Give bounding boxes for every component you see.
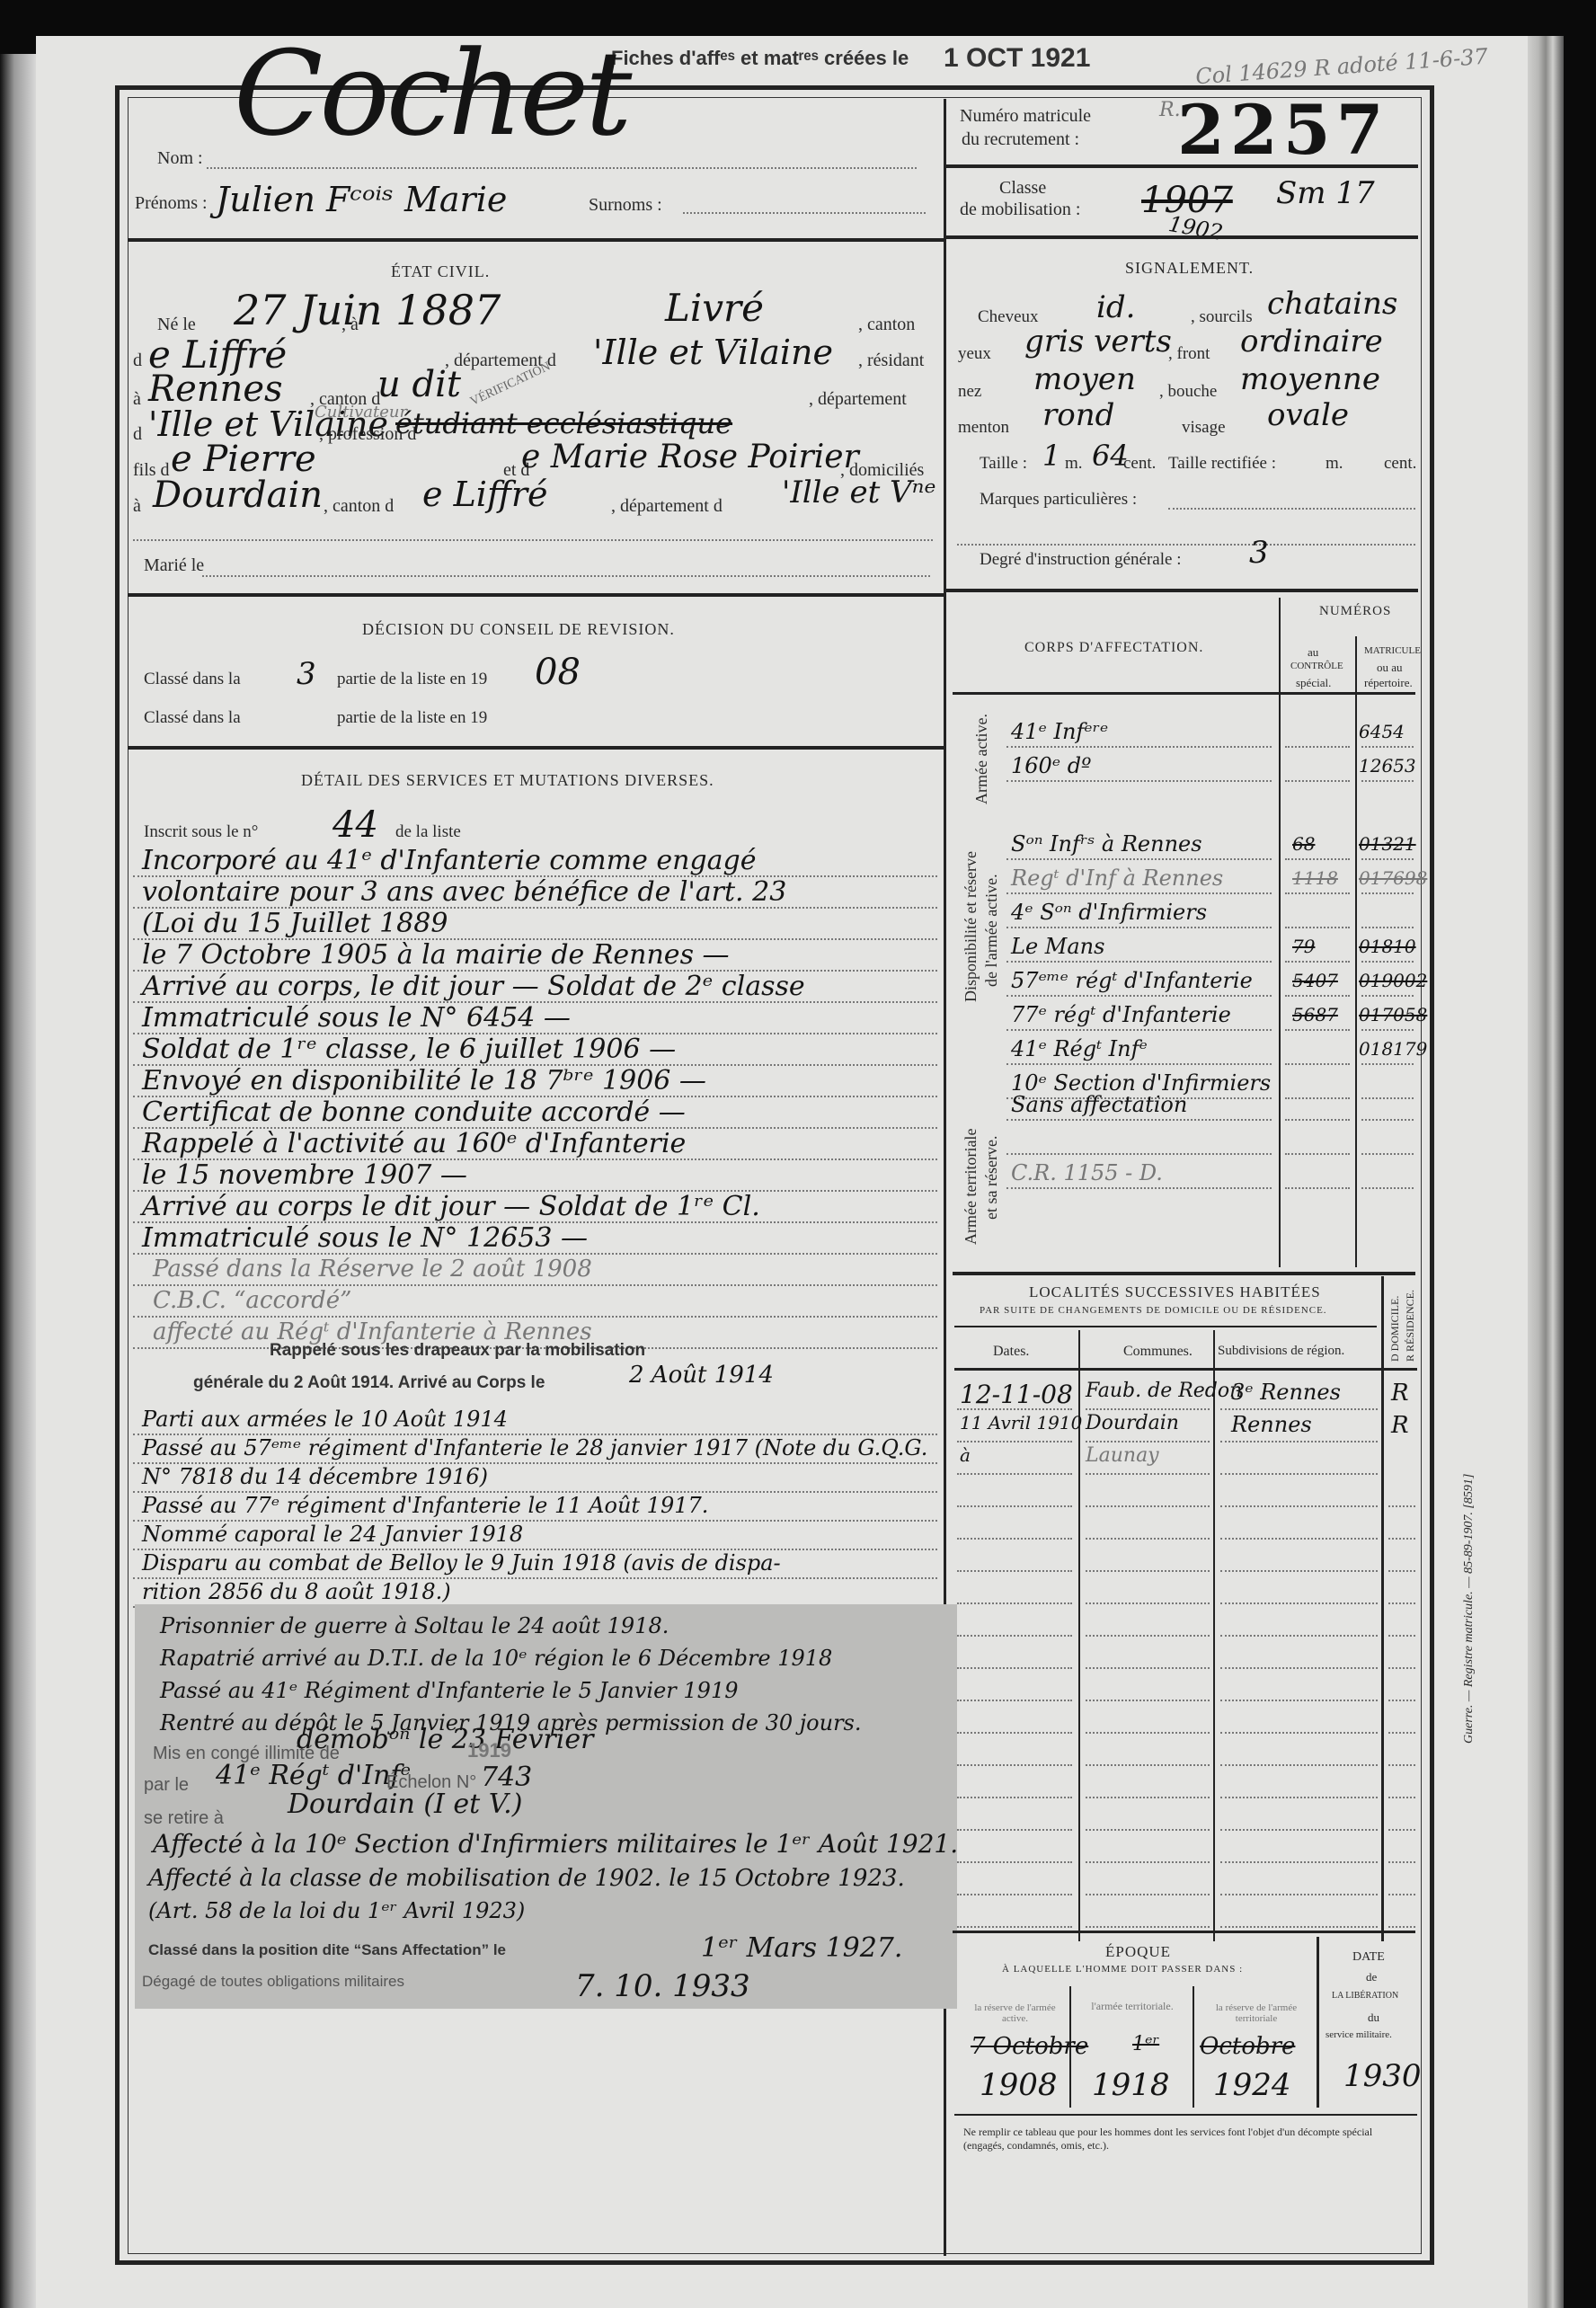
matricule-entry: 019002 [1359,970,1427,991]
matricule-line [1361,858,1414,860]
localite-date: 12-11-08 [960,1380,1073,1409]
canton-label: , canton [858,315,915,335]
communes-divider [1213,1330,1215,1941]
localite-line [1086,1894,1210,1895]
nez-label: nez [958,382,981,402]
localite-line [1220,1538,1378,1540]
stamp-date: 1 OCT 1921 [944,43,1090,74]
mobilisation-stamp-2: générale du 2 Août 1914. Arrivé au Corps… [193,1373,545,1393]
localite-line [1220,1473,1378,1475]
corps-row-line [1006,1119,1272,1121]
matricule-line [1361,961,1414,963]
war-line: Nommé caporal le 24 Janvier 1918 [142,1522,523,1547]
retire-label: se retire à [144,1808,224,1829]
col-subdiv: Subdivisions de région. [1218,1344,1344,1359]
localite-line [1086,1441,1210,1442]
corps-row-line [1006,1063,1272,1065]
parents-domicile: Dourdain [153,475,323,516]
localite-line [1086,1505,1210,1507]
matricule-entry: 017698 [1359,867,1427,889]
localites-subtitle: PAR SUITE DE CHANGEMENTS DE DOMICILE OU … [980,1305,1327,1316]
date-title-4: du [1368,2011,1379,2025]
section-dispo-label-1: Disponibilité et réserve [962,851,980,1002]
date-title-2: de [1366,1970,1377,1984]
taille-m: 1 [1042,439,1060,473]
localite-line [1388,1797,1415,1798]
localite-line [1220,1829,1378,1831]
corps-row-line [1006,927,1272,928]
rule [953,1931,1415,1933]
marques-line-2 [957,544,1415,546]
corps-row-line [1006,961,1272,963]
degre-value: 3 [1249,535,1269,571]
epoque-struck-2: 1ᵉʳ [1132,2033,1159,2055]
localite-line [1220,1667,1378,1669]
service-line-rule [133,1284,937,1286]
controle-line [1285,1063,1350,1065]
corps-entry: C.R. 1155 - D. [1011,1160,1163,1185]
classe-row2-mid: partie de la liste en 19 [337,708,487,728]
service-line: (Loi du 15 Juillet 1889 [142,908,448,939]
localite-line [1388,1667,1415,1669]
service-line: Arrivé au corps, le dit jour — Soldat de… [142,971,805,1002]
localite-line [957,1473,1072,1475]
col-controle-3: spécial. [1296,676,1331,690]
col-domicile: D DOMICILE. [1388,1296,1402,1362]
corps-row-line [1006,780,1272,782]
classe-label-2: de mobilisation : [960,200,1080,220]
a-label: , à [341,315,359,335]
marques-line [1168,508,1415,510]
prenoms-label: Prénoms : [135,193,208,214]
col-controle-2: CONTRÔLE [1290,661,1343,671]
mobilisation-date: 2 Août 1914 [629,1362,774,1389]
classe-row1-mid: partie de la liste en 19 [337,670,487,689]
service-line: Soldat de 1ʳᵉ classe, le 6 juillet 1906 … [142,1034,676,1065]
affecte-line: Affecté à la 10ᵉ Section d'Infirmiers mi… [153,1829,958,1859]
localite-line [957,1700,1072,1701]
classe-row1-year: 08 [535,652,581,693]
corps-entry: Sans affectation [1011,1092,1187,1117]
col-controle-1: au [1308,645,1318,660]
controle-entry: 5687 [1292,1004,1338,1025]
epoque-title: ÉPOQUE [1105,1943,1171,1961]
yeux-label: yeux [958,344,991,364]
rule [946,235,1418,239]
col-matricule-2: ou au [1377,661,1403,675]
numeros-subdivider [1355,636,1357,1267]
service-line-rule [133,1316,937,1318]
localite-line [957,1602,1072,1604]
localite-line [957,1764,1072,1766]
date-title-1: DATE [1352,1950,1385,1965]
matricule-line [1361,1097,1414,1099]
localite-line [1388,1861,1415,1863]
departement2-label: , département [809,389,907,410]
slip-line: Passé au 41ᵉ Régiment d'Infanterie le 5 … [160,1678,739,1703]
profession-struck: étudiant ecclésiastique [395,406,732,440]
localite-line [957,1829,1072,1831]
localite-subdiv: Rennes [1231,1412,1312,1437]
date-title-3: LA LIBÉRATION [1332,1991,1398,2001]
service-pencil-line: C.B.C. “accordé” [153,1287,351,1314]
dr-divider [1381,1276,1384,1941]
birth-departement: 'Ille et Vilaine [593,333,833,372]
controle-line [1285,1119,1350,1121]
matricule-entry: 01321 [1359,833,1416,855]
war-line: Passé au 77ᵉ régiment d'Infanterie le 11… [142,1493,708,1518]
localite-line [1220,1602,1378,1604]
service-pencil-line: Passé dans la Réserve le 2 août 1908 [153,1256,592,1283]
taille-rect-label: Taille rectifiée : [1168,454,1276,474]
epoque-struck-1: 7 Octobre [971,2033,1088,2060]
col-communes: Communes. [1123,1344,1193,1360]
corps-row-line [1006,746,1272,748]
matricule-entry: 12653 [1359,755,1416,777]
service-line: Certificat de bonne conduite accordé — [142,1096,686,1128]
localite-line [1086,1473,1210,1475]
corps-entry: 41ᵉ Infᵉʳᵉ [1011,719,1108,744]
localite-line [1388,1894,1415,1895]
corps-entry: Regᵗ d'Inf à Rennes [1011,865,1223,891]
localite-subdiv: 3ᵉ Rennes [1231,1380,1341,1405]
localite-line [957,1635,1072,1637]
service-line: Arrivé au corps le dit jour — Soldat de … [142,1191,760,1222]
departement3-label: , département d [611,496,723,517]
col-dates: Dates. [993,1344,1029,1360]
matricule-line [1361,1063,1414,1065]
domicile-prefix: à [133,496,141,517]
slip-line: Rapatrié arrivé au D.T.I. de la 10ᵉ régi… [160,1646,832,1671]
localite-line [957,1570,1072,1572]
epoque-value-3: 1924 [1213,2067,1291,2103]
localite-line [957,1441,1072,1442]
etat-civil-extra-line [133,539,933,541]
localite-line [1220,1861,1378,1863]
section-active-label: Armée active. [972,714,991,804]
localite-line [957,1861,1072,1863]
localite-line [1086,1732,1210,1734]
matricule-entry: 01810 [1359,936,1416,957]
sans-affectation-date: 1ᵉʳ Mars 1927. [701,1932,902,1964]
parents-canton: e Liffré [422,475,548,514]
degre-label: Degré d'instruction générale : [980,550,1181,570]
bouche-label: , bouche [1159,382,1217,402]
localite-line [1388,1570,1415,1572]
corps-row-line [1006,858,1272,860]
service-line: Incorporé au 41ᵉ d'Infanterie comme enga… [142,845,756,876]
localite-line [1388,1505,1415,1507]
localite-line [1388,1829,1415,1831]
localite-line [1086,1861,1210,1863]
localite-line [1086,1764,1210,1766]
sourcils-value: chatains [1267,286,1397,322]
art-line: (Art. 58 de la loi du 1ᵉʳ Avril 1923) [148,1898,525,1923]
epoque-footnote: Ne remplir ce tableau que pour les homme… [963,2126,1413,2153]
residant-prefix: à [133,389,141,410]
conge-hand: démobᵒⁿ le 23 Février [297,1724,593,1755]
localite-dr: R [1391,1380,1409,1407]
controle-entry: 1118 [1292,867,1338,889]
matricule-line [1361,1029,1414,1031]
conge-year: 1919 [467,1739,511,1762]
matricule-label-1: Numéro matricule [960,106,1091,127]
controle-entry: 5407 [1292,970,1338,991]
nez-value: moyen [1033,361,1136,397]
corps-entry: 57ᵉᵐᵉ régᵗ d'Infanterie [1011,968,1253,993]
corps-entry: 41ᵉ Régᵗ Infᵉ [1011,1036,1148,1061]
matricule-entry: 018179 [1359,1038,1427,1060]
rule [953,692,1415,695]
inscrit-suffix: de la liste [395,822,461,842]
localite-line [1086,1635,1210,1637]
localite-line [1388,1635,1415,1637]
taille-rect-m-label: m. [1326,454,1343,474]
corps-entry: 160ᵉ dº [1011,753,1091,778]
corps-entry: Sᵒⁿ Infʳˢ à Rennes [1011,831,1202,857]
controle-entry: 68 [1292,833,1315,855]
matricule-entry: 017058 [1359,1004,1427,1025]
taille-label: Taille : [980,454,1027,474]
rule [954,1368,1417,1371]
localite-line [1220,1797,1378,1798]
corps-row-line [1006,892,1272,894]
corps-row-line [1006,1153,1272,1155]
localite-line [1220,1732,1378,1734]
controle-line [1285,961,1350,963]
col-matricule-3: répertoire. [1364,676,1413,690]
epoque-subtitle: À LAQUELLE L'HOMME DOIT PASSER DANS : [1002,1964,1243,1975]
rule [946,589,1418,592]
service-line: le 15 novembre 1907 — [142,1159,467,1191]
inscrit-label: Inscrit sous le n° [144,822,258,842]
register-imprint: Guerre. — Registre matricule. — 85-89-19… [1462,1474,1476,1744]
col-matricule-1: MATRICULE [1364,645,1421,656]
parents-departement: 'Ille et Vⁿᵉ [782,475,936,510]
corps-row-line [1006,995,1272,997]
war-line: N° 7818 du 14 décembre 1916) [142,1464,488,1489]
classe-note: Sm 17 [1276,175,1375,211]
bouche-value: moyenne [1240,361,1380,397]
mother: e Marie Rose Poirier [521,439,859,475]
localite-line [1388,1732,1415,1734]
localite-line [1220,1700,1378,1701]
matricule-value: 2257 [1177,90,1389,170]
matricule-line [1361,892,1414,894]
rule [946,164,1418,168]
adjacent-page-edge [0,54,36,2308]
matricule-entry: 6454 [1359,721,1405,742]
corps-title: CORPS D'AFFECTATION. [1024,640,1203,656]
localite-line [957,1894,1072,1895]
epoque-value-1: 1908 [980,2067,1058,2103]
mobilisation-stamp-1: Rappelé sous les drapeaux par la mobilis… [270,1341,645,1361]
localite-line [1220,1926,1378,1928]
etat-civil-title: ÉTAT CIVIL. [391,262,490,281]
localite-line [957,1538,1072,1540]
localite-line [1220,1570,1378,1572]
war-line: rition 2856 du 8 août 1918.) [142,1579,451,1604]
corps-entry: 4ᵉ Sᵒⁿ d'Infirmiers [1011,900,1207,925]
par-le-label: par le [144,1775,189,1796]
localite-line [1220,1441,1378,1442]
front-label: , front [1168,344,1210,364]
rule [128,238,944,242]
controle-line [1285,1029,1350,1031]
menton-value: rond [1042,397,1114,433]
controle-line [1285,858,1350,860]
localite-line [957,1667,1072,1669]
signalement-title: SIGNALEMENT. [1125,259,1254,278]
matricule-label-2: du recrutement : [962,129,1079,150]
epoque-value-2: 1918 [1092,2067,1170,2103]
controle-line [1285,892,1350,894]
epoque-col1: la réserve de l'armée active. [963,2002,1067,2024]
service-line: Envoyé en disponibilité le 18 7ᵇʳᵉ 1906 … [142,1065,706,1096]
localite-line [1086,1926,1210,1928]
war-line: Disparu au combat de Belloy le 9 Juin 19… [142,1550,781,1576]
page-stack-edge [1528,36,1564,2308]
localite-line [1220,1505,1378,1507]
localite-line [1220,1764,1378,1766]
controle-line [1285,780,1350,782]
localite-line [1388,1926,1415,1928]
services-title: DÉTAIL DES SERVICES ET MUTATIONS DIVERSE… [301,771,714,790]
classe-label-1: Classe [999,178,1046,199]
departement2-prefix: d [133,424,142,445]
m-label: m. [1065,454,1083,474]
residence-canton: u dit [377,364,461,405]
classe-row1-label: Classé dans la [144,670,241,689]
localite-date: 11 Avril 1910 [960,1412,1082,1434]
localite-line [1388,1700,1415,1701]
nom-label: Nom : [157,148,203,169]
service-line: Rappelé à l'activité au 160ᵉ d'Infanteri… [142,1128,686,1159]
fiches-stamp: Fiches d'affᵉˢ et matʳᵉˢ créées le [611,47,909,70]
profession-pencil: Cultivateur [315,403,407,422]
matricule-line [1361,1187,1414,1189]
inscrit-num: 44 [332,804,378,846]
rule [953,1272,1415,1275]
front-value: ordinaire [1240,324,1383,360]
localite-commune: Faub. de Redon [1086,1380,1242,1402]
surname: Cochet [234,25,628,162]
marie-label: Marié le [144,555,204,576]
war-line: Passé au 57ᵉᵐᵉ régiment d'Infanterie le … [142,1435,927,1460]
cheveux-value: id. [1096,289,1135,325]
localite-line [1220,1635,1378,1637]
date-title-5: service militaire. [1326,2029,1392,2040]
rule [128,746,944,750]
rule [954,2114,1417,2116]
localite-line [1220,1894,1378,1895]
corps-entry: Le Mans [1011,934,1104,959]
rule [954,1326,1377,1327]
marques-label: Marques particulières : [980,490,1137,510]
section-dispo-label-2: de l'armée active. [982,874,1001,987]
localite-commune: Dourdain [1086,1412,1179,1434]
classe-row1-partie: 3 [297,656,316,692]
par-le-value: 41ᵉ Régᵗ d'Infᵉ [216,1760,411,1791]
matricule-line [1361,1153,1414,1155]
matricule-line [1361,780,1414,782]
service-line: le 7 Octobre 1905 à la mairie de Rennes … [142,939,730,971]
localite-line [1086,1408,1210,1410]
controle-line [1285,1097,1350,1099]
localite-line [1086,1602,1210,1604]
col-residence: R RÉSIDENCE. [1404,1290,1417,1362]
controle-line [1285,1153,1350,1155]
matricule-line [1361,927,1414,928]
menton-label: menton [958,418,1009,438]
corps-row-line [1006,1029,1272,1031]
epoque-col2: l'armée territoriale. [1078,2000,1186,2013]
localite-dr: R [1391,1412,1409,1439]
epoque-struck-3: Octobre [1200,2033,1295,2060]
yeux-value: gris verts [1024,324,1172,360]
service-line: Immatriculé sous le N° 12653 — [142,1222,588,1254]
classe-line: Affecté à la classe de mobilisation de 1… [148,1865,905,1892]
rule [128,593,944,597]
localite-line [1086,1667,1210,1669]
corps-row-line [1006,1187,1272,1189]
localite-line [1086,1570,1210,1572]
nom-line [207,167,917,169]
residant-label: , résidant [858,351,924,371]
localite-line [1388,1764,1415,1766]
localite-line [1086,1797,1210,1798]
liberation-value: 1930 [1343,2058,1422,2094]
matricule-line [1361,995,1414,997]
localites-title: LOCALITÉS SUCCESSIVES HABITÉES [1029,1283,1321,1301]
surnoms-label: Surnoms : [589,195,662,216]
controle-line [1285,927,1350,928]
epoque-col-divider [1193,1986,1194,2108]
epoque-col3: la réserve de l'armée territoriale [1198,2002,1315,2024]
localite-line [1086,1538,1210,1540]
decision-title: DÉCISION DU CONSEIL DE REVISION. [362,620,675,639]
localite-line [1220,1408,1378,1410]
war-line: Parti aux armées le 10 Août 1914 [142,1407,508,1432]
degage-date: 7. 10. 1933 [575,1968,750,2004]
birth-date: 27 Juin 1887 [234,286,501,334]
birth-place: Livré [665,286,764,330]
controle-entry: 79 [1292,936,1315,957]
service-line: Immatriculé sous le N° 6454 — [142,1002,571,1034]
localite-line [1086,1700,1210,1701]
matricule-line [1361,1119,1414,1121]
slip-line: Prisonnier de guerre à Soltau le 24 août… [160,1613,669,1638]
retire-value: Dourdain (I et V.) [288,1789,522,1820]
localite-line [1388,1602,1415,1604]
section-terr-label-1: Armée territoriale [962,1129,980,1245]
localite-line [1086,1829,1210,1831]
canton3-label: , canton d [324,496,394,517]
localite-commune: Launay [1086,1444,1159,1467]
prenoms-value: Julien Fᶜᵒⁱˢ Marie [216,180,507,219]
localite-line [957,1505,1072,1507]
controle-line [1285,1187,1350,1189]
localite-line [1388,1538,1415,1540]
numeros-divider [1279,598,1281,1267]
localite-line [957,1732,1072,1734]
surnoms-line [683,212,926,214]
section-terr-label-2: et sa réserve. [982,1136,1001,1220]
numeros-title: NUMÉROS [1319,604,1391,619]
visage-label: visage [1182,418,1226,438]
localite-line [957,1797,1072,1798]
sans-affectation-stamp: Classé dans la position dite “Sans Affec… [148,1941,506,1959]
